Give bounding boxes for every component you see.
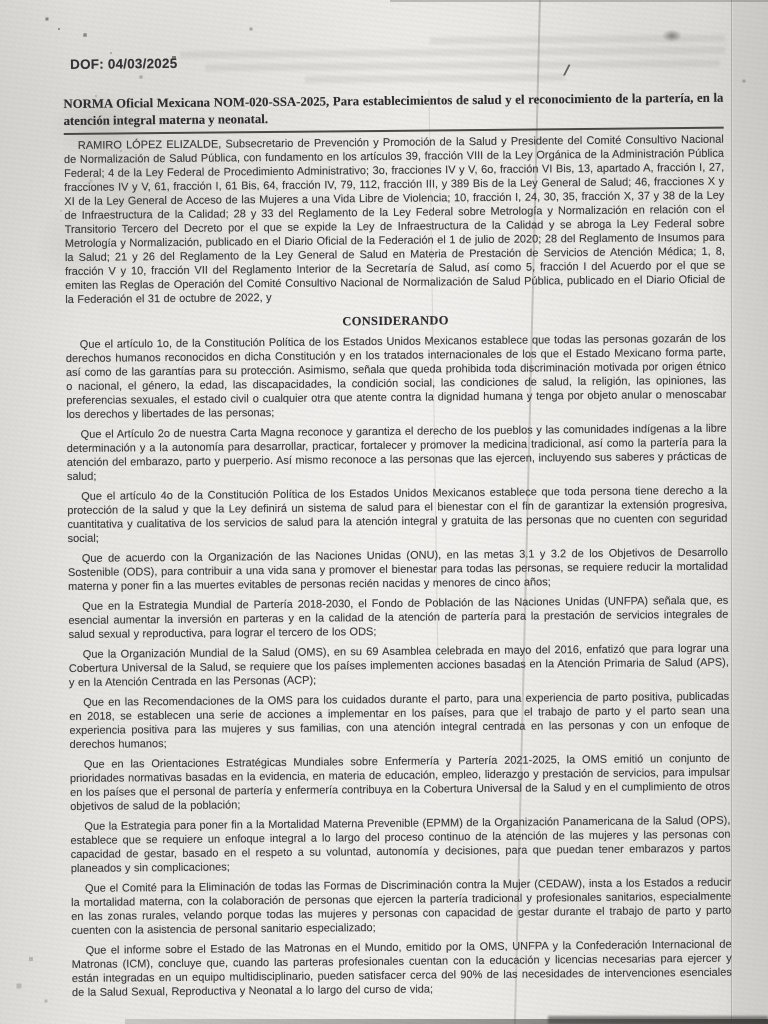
considerando-paragraph: Que el Artículo 2o de nuestra Carta Magn… [67,422,728,484]
intro-paragraph: RAMIRO LÓPEZ ELIZALDE, Subsecretario de … [64,133,726,307]
considerando-heading: CONSIDERANDO [65,311,725,332]
considerando-paragraph: Que de acuerdo con la Organización de la… [68,546,728,594]
considerando-paragraph: Que la Estrategia para poner fin a la Mo… [70,814,731,876]
considerando-paragraph: Que la Organización Mundial de la Salud … [69,642,729,690]
page-edge-right-shade [733,0,768,1024]
considerando-paragraph: Que en la Estrategia Mundial de Partería… [68,594,728,642]
page-edge-bottom-corner [548,1016,768,1024]
considerando-paragraph: Que en las Recomendaciones de la OMS par… [69,690,730,752]
considerando-paragraph: Que el Comité para la Eliminación de tod… [71,876,732,938]
document-title: NORMA Oficial Mexicana NOM-020-SSA-2025,… [63,90,723,135]
page-edge-right [731,0,732,1024]
ink-specks [0,0,2,2]
considerando-paragraph: Que el artículo 4o de la Constitución Po… [67,484,728,546]
scanned-document-page: DOF: 04/03/2025 NORMA Oficial Mexicana N… [0,0,768,1024]
considerando-paragraph: Que el artículo 1o, de la Constitución P… [66,332,727,422]
considerando-paragraph: Que el informe sobre el Estado de las Ma… [72,938,733,1000]
ink-smudge [661,29,683,44]
considerando-paragraphs: Que el artículo 1o, de la Constitución P… [66,332,732,1000]
considerando-paragraph: Que en las Orientaciones Estratégicas Mu… [70,752,731,814]
page-edge-top [390,0,768,2]
document-content: DOF: 04/03/2025 NORMA Oficial Mexicana N… [63,51,732,1000]
